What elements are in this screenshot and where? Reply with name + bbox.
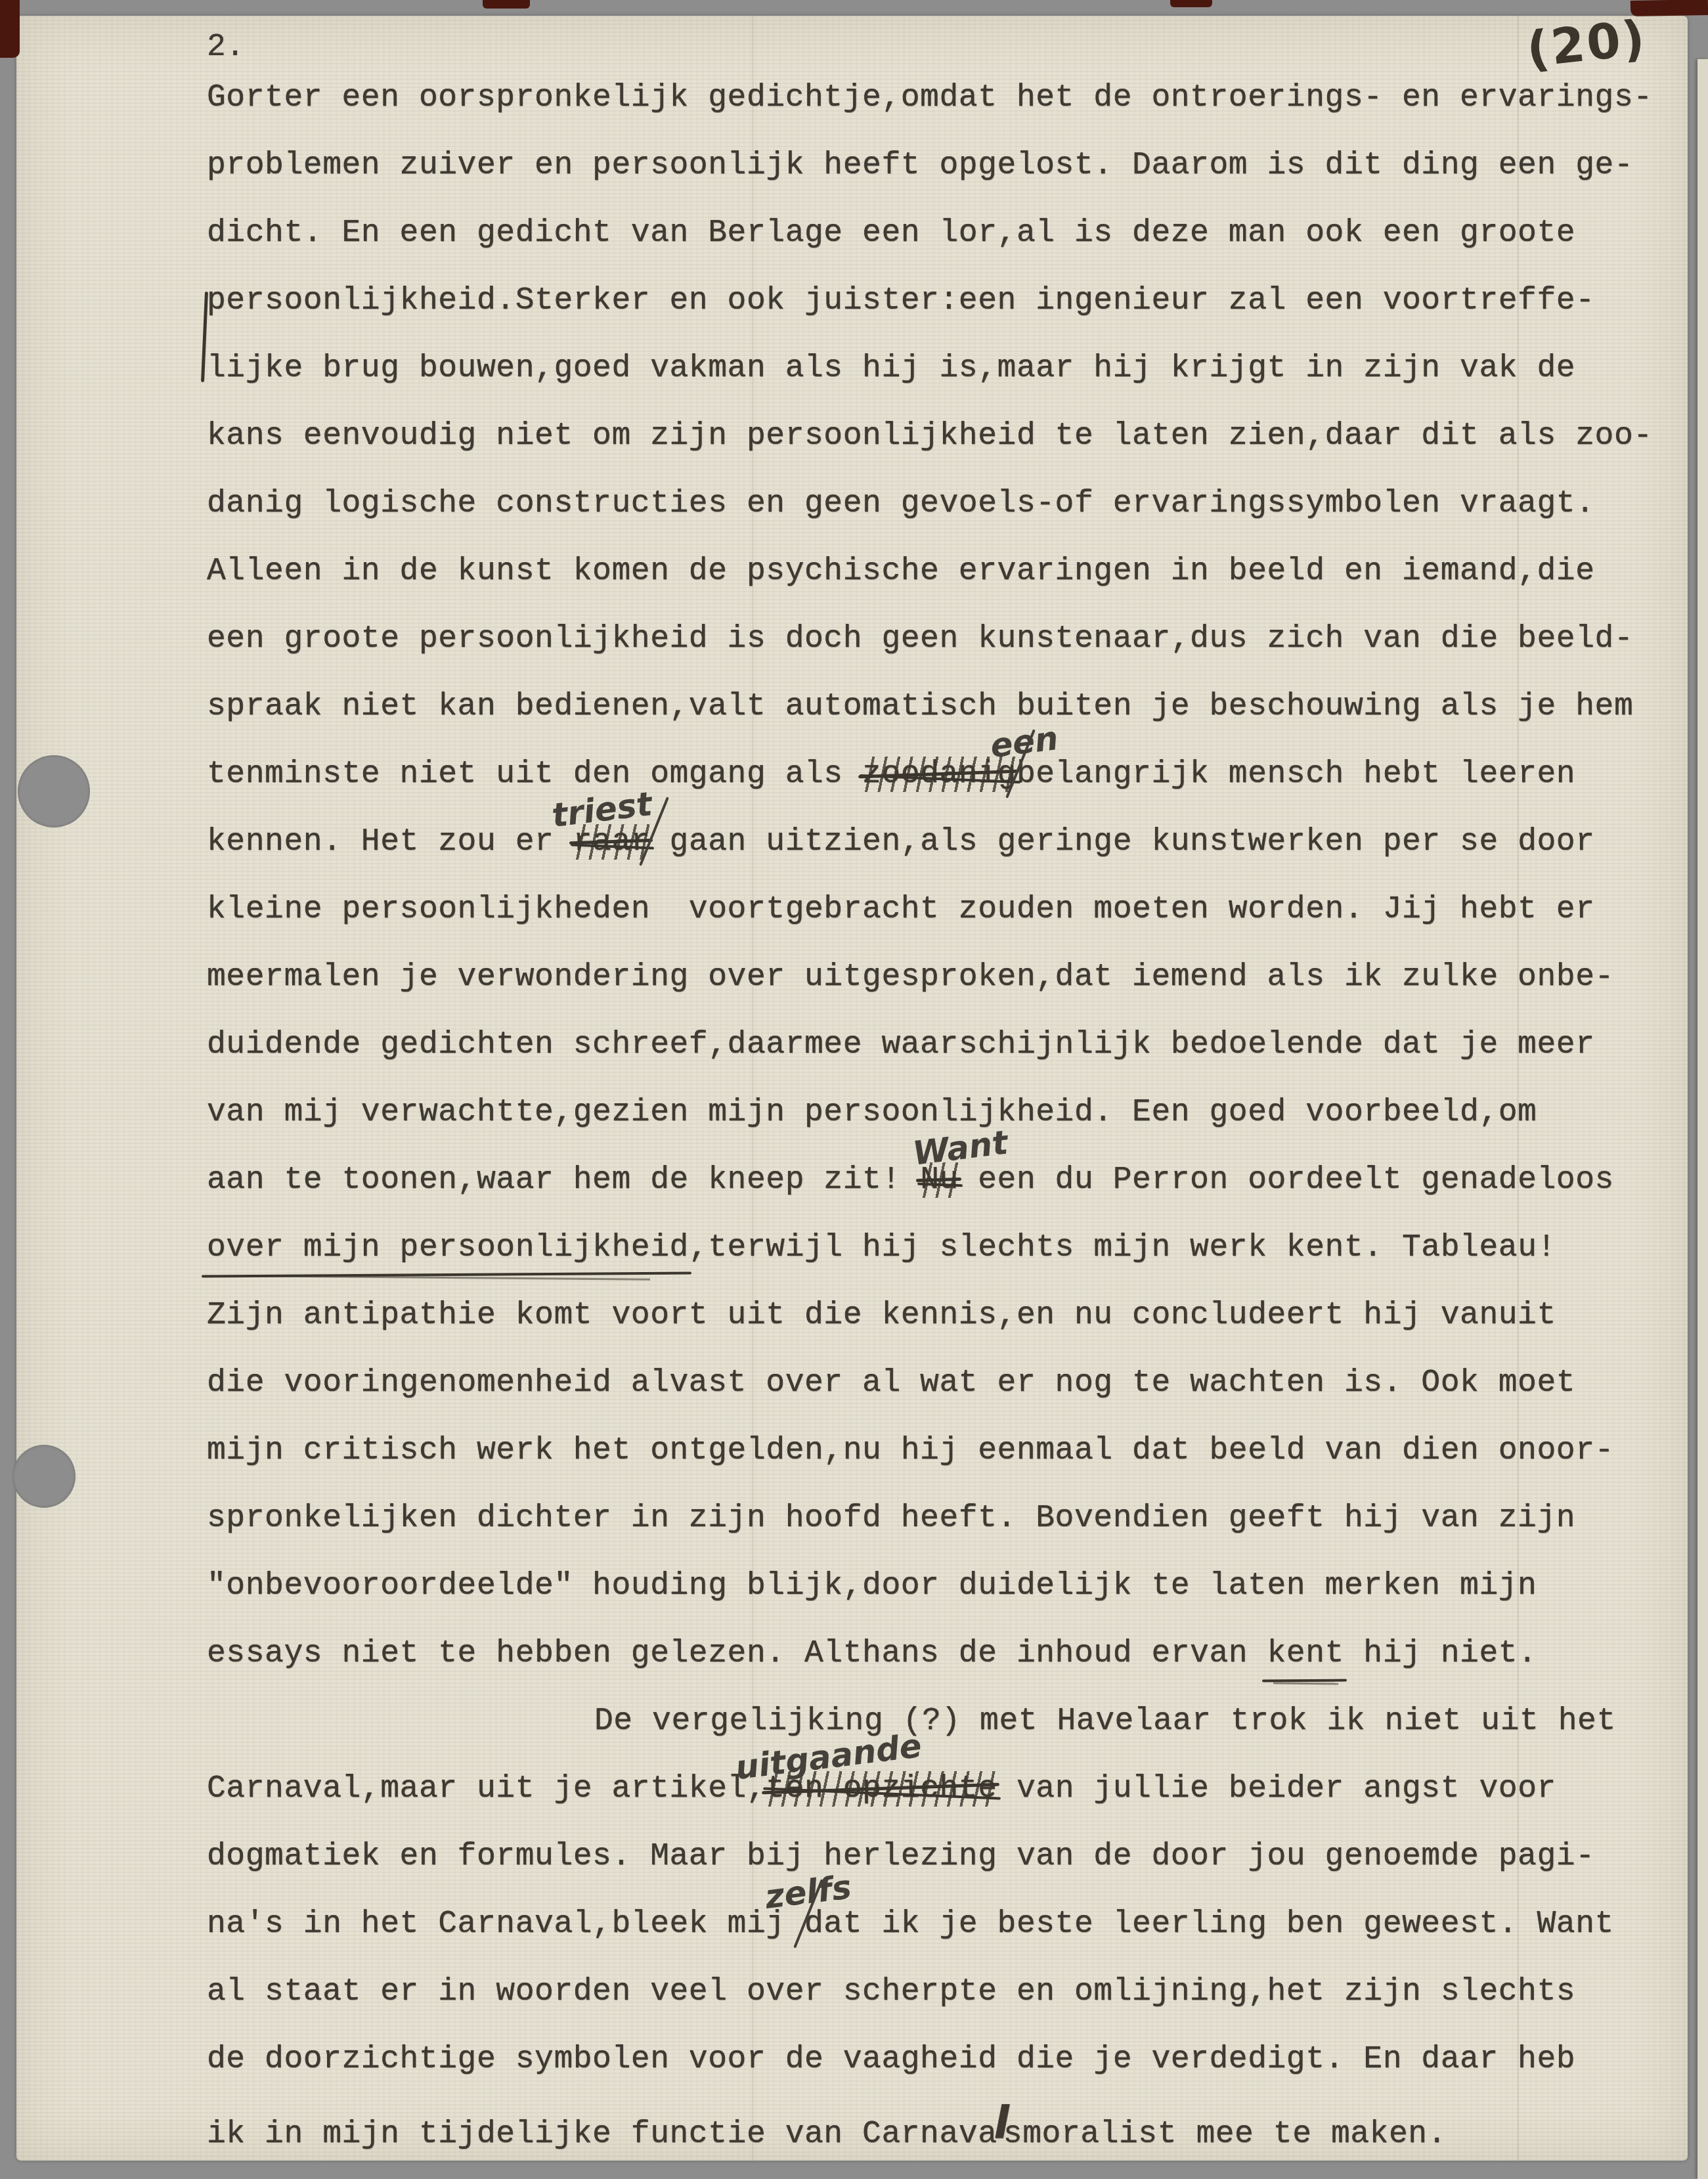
typed-line: kleine persoonlijkheden voortgebracht zo… [207, 876, 1653, 944]
typed-line: spronkelijken dichter in zijn hoofd heef… [207, 1485, 1653, 1552]
typed-text: Alleen in de kunst komen de psychische e… [207, 554, 1595, 589]
typed-text: de doorzichtige symbolen voor de vaaghei… [207, 2042, 1575, 2077]
typed-text: al staat er in woorden veel over scherpt… [207, 1974, 1575, 2010]
typed-text: persoonlijkheid.Sterker en ook juister:e… [207, 283, 1595, 319]
typed-line: duidende gedichten schreef,daarmee waars… [207, 1011, 1653, 1079]
typed-line: De vergelijking (?) met Havelaar trok ik… [207, 1688, 1653, 1755]
typed-line: spraak niet kan bedienen,valt automatisc… [207, 673, 1653, 741]
typed-line: na's in het Carnaval,bleek mij zelfsdat … [207, 1891, 1653, 1958]
typed-line: persoonlijkheid.Sterker en ook juister:e… [207, 267, 1653, 335]
typed-text: ik in mijn tijdelijke functie van Carnav… [207, 2117, 997, 2152]
letter-body: Gorter een oorspronkelijk gedichtje,omda… [207, 64, 1653, 2161]
typed-text: aan te toonen,waar hem de kneep zit! [207, 1162, 920, 1198]
binder-edge-mark [0, 0, 20, 58]
typed-text: duidende gedichten schreef,daarmee waars… [207, 1027, 1595, 1063]
typed-text: kans eenvoudig niet om zijn persoonlijkh… [207, 418, 1653, 454]
typed-line: Zijn antipathie komt voort uit die kenni… [207, 1282, 1653, 1350]
typed-text: "onbevooroordeelde" houding blijk,door d… [207, 1568, 1537, 1604]
paper-sheet: 2. (20) Gorter een oorspronkelijk gedich… [16, 16, 1688, 2161]
typed-line: Gorter een oorspronkelijk gedichtje,omda… [207, 64, 1653, 132]
typed-text: kleine persoonlijkheden voortgebracht zo… [207, 892, 1595, 927]
typed-text: problemen zuiver en persoonlijk heeft op… [207, 148, 1633, 183]
typed-line: de doorzichtige symbolen voor de vaaghei… [207, 2026, 1653, 2094]
typed-line: een groote persoonlijkheid is doch geen … [207, 605, 1653, 673]
typed-text: tenminste niet uit den omgang als [207, 757, 862, 792]
typed-text: na's in het Carnaval,bleek mij [207, 1906, 804, 1942]
typed-text: spronkelijken dichter in zijn hoofd heef… [207, 1501, 1575, 1536]
typed-text: De vergelijking (?) met Havelaar trok ik… [594, 1704, 1616, 1739]
punch-hole [12, 1445, 76, 1508]
typed-line: problemen zuiver en persoonlijk heeft op… [207, 132, 1653, 200]
typed-text: kennen. Het zou er [207, 824, 573, 860]
typed-text: Zijn antipathie komt voort uit die kenni… [207, 1298, 1556, 1333]
typed-line: lijke brug bouwen,goed vakman als hij is… [207, 335, 1653, 403]
typed-line: ik in mijn tijdelijke functie van Carnav… [207, 2094, 1653, 2161]
typed-line: "onbevooroordeelde" houding blijk,door d… [207, 1552, 1653, 1620]
typed-text: een groote persoonlijkheid is doch geen … [207, 621, 1633, 657]
typed-line: meermalen je verwondering over uitgespro… [207, 944, 1653, 1011]
typed-text: essays niet te hebben gelezen. Althans d… [207, 1636, 1267, 1671]
typed-text: dogmatiek en formules. Maar bij herlezin… [207, 1839, 1595, 1874]
handwritten-word: zelfs [763, 1870, 853, 1914]
typed-text: smoralist mee te maken. [1003, 2117, 1447, 2152]
underlying-sheet-edge [1697, 59, 1708, 2179]
typed-text: die vooringenomenheid alvast over al wat… [207, 1365, 1575, 1401]
scanned-letter-page: 2. (20) Gorter een oorspronkelijk gedich… [0, 0, 1708, 2179]
typed-text: spraak niet kan bedienen,valt automatisc… [207, 689, 1633, 724]
typed-line: kennen. Het zou er raartriest gaan uitzi… [207, 808, 1653, 876]
typed-line: danig logische constructies en geen gevo… [207, 470, 1653, 538]
page-number: 2. [207, 28, 245, 67]
typed-line: al staat er in woorden veel over scherpt… [207, 1958, 1653, 2026]
typed-line: kans eenvoudig niet om zijn persoonlijkh… [207, 403, 1653, 470]
typed-line: die vooringenomenheid alvast over al wat… [207, 1350, 1653, 1417]
typed-line: mijn critisch werk het ontgelden,nu hij … [207, 1417, 1653, 1485]
typed-line: essays niet te hebben gelezen. Althans d… [207, 1620, 1653, 1688]
typed-line: Carnaval,maar uit je artikel,ten opzicht… [207, 1755, 1653, 1823]
typed-text: dicht. En een gedicht van Berlage een lo… [207, 215, 1575, 251]
typed-line: tenminste niet uit den omgang als zoodan… [207, 741, 1653, 808]
typed-text: meermalen je verwondering over uitgespro… [207, 959, 1614, 995]
typed-line: over mijn persoonlijkheid,terwijl hij sl… [207, 1214, 1653, 1282]
punch-hole [18, 755, 90, 827]
binder-edge-mark [1631, 0, 1708, 16]
binder-edge-mark [483, 0, 530, 9]
typed-line: aan te toonen,waar hem de kneep zit! NuW… [207, 1147, 1653, 1214]
typed-text: dat ik je beste leerling ben geweest. Wa… [804, 1906, 1614, 1942]
typed-text: Carnaval,maar uit je artikel, [207, 1771, 766, 1807]
typed-text: mijn critisch werk het ontgelden,nu hij … [207, 1433, 1614, 1468]
typed-text: lijke brug bouwen,goed vakman als hij is… [207, 351, 1575, 386]
binder-edge-mark [1170, 0, 1212, 7]
typed-text: van mij verwachtte,gezien mijn persoonli… [207, 1095, 1537, 1130]
typed-line: dicht. En een gedicht van Berlage een lo… [207, 200, 1653, 267]
typed-line: Alleen in de kunst komen de psychische e… [207, 538, 1653, 605]
typed-text: gaan uitzien,als geringe kunstwerken per… [650, 824, 1594, 860]
typed-text: hij niet. [1344, 1636, 1537, 1671]
typed-text: danig logische constructies en geen gevo… [207, 486, 1595, 521]
typed-text: Gorter een oorspronkelijk gedichtje,omda… [207, 80, 1653, 116]
typed-text: een du Perron oordeelt genadeloos [959, 1162, 1614, 1198]
typed-text: belangrijk mensch hebt leeren [1017, 757, 1575, 792]
underlined-text: over mijn persoonlijkheid [207, 1230, 689, 1266]
typed-text: van jullie beider angst voor [997, 1771, 1556, 1807]
typed-text: ,terwijl hij slechts mijn werk kent. Tab… [689, 1230, 1556, 1266]
typed-line: dogmatiek en formules. Maar bij herlezin… [207, 1823, 1653, 1891]
underlined-text: kent [1267, 1636, 1344, 1671]
handwritten-letter: l [994, 2090, 1009, 2157]
